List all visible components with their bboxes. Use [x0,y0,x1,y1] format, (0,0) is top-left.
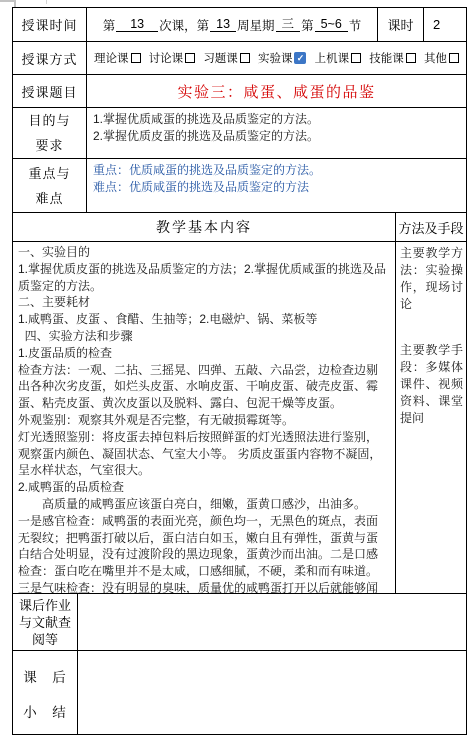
page-edge-artifact-vertical [14,0,16,7]
content-paragraph: 四、实验方法和步骤 [18,328,388,345]
course-type-option: 理论课 [94,50,141,66]
course-type-option: 实验课✓ [258,50,307,66]
summary-label-line2: 小 结 [23,701,67,721]
course-type-option-label: 其他 [424,50,447,66]
checkbox-unchecked-icon[interactable] [185,53,195,63]
class-hours-label: 课时 [378,8,424,41]
summary-label: 课 后 小 结 [13,651,78,735]
period-field: 5~6 [315,17,348,32]
course-type-options: 理论课讨论课习题课实验课✓上机课技能课其他 [87,42,466,74]
methods-column: 主要教学方法：实验操作，现场讨论主要教学手段：多媒体课件、视频资料、课堂提问 [396,242,466,593]
checkbox-unchecked-icon[interactable] [351,53,361,63]
objective-item: 2.掌握优质皮蛋的挑选及品质鉴定的方法。 [93,128,460,145]
row-keypoints: 重点与 难点 重点：优质咸蛋的挑选及品质鉴定的方法。 难点：优质咸蛋的挑选及品质… [13,159,466,213]
content-header-side: 方法及手段 [396,213,466,241]
page-edge-artifact-horizontal [0,0,14,2]
course-type-option-label: 讨论课 [149,50,184,66]
methods-paragraph: 主要教学方法：实验操作，现场讨论 [400,245,463,313]
page-edge-artifact-tick [46,0,47,4]
keypoints-content: 重点：优质咸蛋的挑选及品质鉴定的方法。 难点：优质咸蛋的挑选及品质鉴定的方法 [87,159,466,212]
lesson-number-field: 13 [116,17,158,32]
objectives-label-line1: 目的与 [28,108,70,133]
teaching-method-label: 授课方式 [13,42,87,74]
homework-content [78,594,466,650]
row-main-content: 一、实验目的1.掌握优质皮蛋的挑选及品质鉴定的方法；2.掌握优质咸蛋的挑选及品质… [13,242,466,594]
course-type-option-label: 上机课 [315,50,350,66]
content-paragraph: 外观鉴别：观察其外观是否完整，有无破损霉斑等。 [18,412,388,429]
course-type-option: 习题课 [203,50,250,66]
objectives-content: 1.掌握优质咸蛋的挑选及品质鉴定的方法。 2.掌握优质皮蛋的挑选及品质鉴定的方法… [87,108,466,158]
content-paragraph: 一、实验目的 [18,244,388,261]
content-paragraph: 灯光透照鉴别：将皮蛋去掉包料后按照鲜蛋的灯光透照法进行鉴别，观察蛋内颜色、凝固状… [18,429,388,479]
course-type-option-label: 技能课 [369,50,404,66]
keypoints-label-line1: 重点与 [28,161,70,186]
schedule-line: 第13次课，第13周星期三第5~6节 [87,8,378,41]
row-objectives: 目的与 要求 1.掌握优质咸蛋的挑选及品质鉴定的方法。 2.掌握优质皮蛋的挑选及… [13,108,466,159]
course-type-option: 讨论课 [149,50,196,66]
course-type-option: 上机课 [315,50,362,66]
objective-item: 1.掌握优质咸蛋的挑选及品质鉴定的方法。 [93,111,460,128]
checkbox-unchecked-icon[interactable] [131,53,141,63]
row-teaching-time: 授课时间 第13次课，第13周星期三第5~6节 课时 2 [13,8,466,42]
course-type-option-label: 习题课 [203,50,238,66]
keypoints-label: 重点与 难点 [13,159,87,212]
content-paragraph: 2.咸鸭蛋的品质检查 [18,479,388,496]
keypoints-label-line2: 难点 [35,186,63,211]
checkbox-unchecked-icon[interactable] [406,53,416,63]
page: { "colors": { "border": "#000000", "titl… [0,0,475,744]
main-content: 一、实验目的1.掌握优质皮蛋的挑选及品质鉴定的方法；2.掌握优质咸蛋的挑选及品质… [13,242,396,593]
checkbox-unchecked-icon[interactable] [449,53,459,63]
keypoint-item: 重点：优质咸蛋的挑选及品质鉴定的方法。 [93,162,460,179]
content-paragraph: 1.皮蛋品质的检查 [18,345,388,362]
methods-paragraph: 主要教学手段：多媒体课件、视频资料、课堂提问 [400,342,463,427]
schedule-suffix: 节 [349,16,362,34]
content-paragraph: 一是感官检查：咸鸭蛋的表面光亮，颜色均一，无黑色的斑点，表面无裂纹；把鸭蛋打破以… [18,513,388,593]
summary-content [78,651,466,735]
class-hours-value: 2 [424,8,466,41]
content-paragraph: 1.掌握优质皮蛋的挑选及品质鉴定的方法；2.掌握优质咸蛋的挑选及品质鉴定的方法。 [18,261,388,295]
summary-label-line1: 课 后 [23,666,67,686]
course-type-option-label: 实验课 [258,50,293,66]
schedule-prefix-4: 第 [301,16,314,34]
objectives-label-line2: 要求 [35,133,63,158]
keypoint-item: 难点：优质咸蛋的挑选及品质鉴定的方法 [93,179,460,196]
week-number-field: 13 [210,17,236,32]
content-paragraph: 二、主要耗材 [18,294,388,311]
teaching-time-label: 授课时间 [13,8,87,41]
course-type-option: 其他 [424,50,459,66]
homework-label: 课后作业与文献查阅等 [13,594,78,650]
checkbox-unchecked-icon[interactable] [240,53,250,63]
schedule-prefix-3: 周星期 [237,16,275,34]
checkbox-checked-icon[interactable]: ✓ [294,52,306,64]
content-header-main: 教学基本内容 [13,213,396,241]
row-content-header: 教学基本内容 方法及手段 [13,213,466,242]
content-paragraph: 高质量的咸鸭蛋应该蛋白亮白，细嫩，蛋黄口感沙，出油多。 [18,496,388,513]
row-homework: 课后作业与文献查阅等 [13,594,466,651]
row-teaching-topic: 授课题目 实验三：咸蛋、咸蛋的品鉴 [13,75,466,108]
objectives-label: 目的与 要求 [13,108,87,158]
schedule-prefix-1: 第 [103,16,116,34]
course-type-option: 技能课 [369,50,416,66]
lesson-plan-table: 授课时间 第13次课，第13周星期三第5~6节 课时 2 授课方式 理论课讨论课… [12,7,467,735]
teaching-topic-label: 授课题目 [13,75,87,107]
lesson-title: 实验三：咸蛋、咸蛋的品鉴 [87,75,466,107]
course-type-option-label: 理论课 [94,50,129,66]
content-paragraph: 检查方法：一观、二拈、三摇晃、四弹、五敲、六品尝，边检查边剔出各种次劣皮蛋，如烂… [18,362,388,412]
row-teaching-method: 授课方式 理论课讨论课习题课实验课✓上机课技能课其他 [13,42,466,75]
content-paragraph: 1.咸鸭蛋、皮蛋 、食醋、生抽等；2.电磁炉、锅、菜板等 [18,311,388,328]
schedule-prefix-2: 次课，第 [159,16,209,34]
row-summary: 课 后 小 结 [13,651,466,735]
weekday-field: 三 [276,17,301,32]
